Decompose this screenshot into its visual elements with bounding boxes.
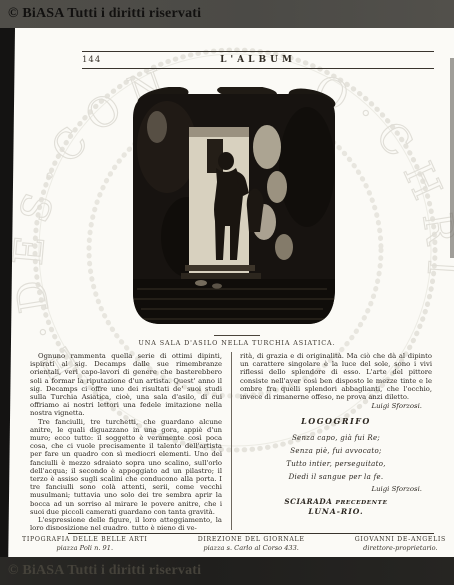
scan-copyright-banner-bottom: © BiASA Tutti i diritti riservati	[0, 557, 454, 585]
logogrifo-line: Senza capo, già fui Re;	[240, 432, 432, 445]
logogrifo-signature: Luigi Sforzosi.	[240, 485, 432, 493]
copyright-text-top: © BiASA Tutti i diritti riservati	[8, 6, 201, 22]
imprint-director: GIOVANNI DE-ANGELIS direttore-proprietar…	[355, 536, 446, 552]
logogrifo-title: LOGOGRIFO	[240, 417, 432, 425]
imprint-line: piazza Poli n. 91.	[22, 544, 147, 552]
engraving-illustration	[127, 87, 341, 331]
imprint-typography: TIPOGRAFIA DELLE BELLE ARTI piazza Poli …	[22, 536, 147, 552]
engraving-image	[127, 87, 341, 331]
copyright-text-bottom: © BiASA Tutti i diritti riservati	[8, 563, 201, 579]
journal-title: L'ALBUM	[82, 55, 434, 65]
paragraph: Tre fanciulli, tre turchetti, che guarda…	[30, 418, 222, 516]
sciarada-answer: LUNA-RIO.	[240, 508, 432, 516]
sciarada-qualifier: PRECEDENTE	[336, 500, 388, 506]
page-header: 144 L'ALBUM	[82, 51, 434, 69]
article-columns: Ognuno rammenta quella serie di ottimi d…	[30, 352, 432, 530]
author-signature: Luigi Sforzosi.	[240, 402, 432, 410]
imprint-footer: TIPOGRAFIA DELLE BELLE ARTI piazza Poli …	[22, 536, 446, 552]
article-left-column: Ognuno rammenta quella serie di ottimi d…	[30, 352, 222, 530]
footer-rule	[68, 533, 434, 534]
column-divider-rule	[231, 352, 232, 530]
imprint-line: direttore-proprietario.	[355, 544, 446, 552]
paragraph: rità, di grazia e di originalità. Ma ciò…	[240, 352, 432, 401]
imprint-line: piazza s. Carlo al Corso 433.	[198, 544, 305, 552]
scan-copyright-banner-top: © BiASA Tutti i diritti riservati	[0, 0, 454, 28]
paragraph: L'espressione delle figure, il loro atte…	[30, 516, 222, 530]
imprint-line: GIOVANNI DE-ANGELIS	[355, 536, 446, 544]
imprint-direction: DIREZIONE DEL GIORNALE piazza s. Carlo a…	[198, 536, 305, 552]
logogrifo-line: Senza piè, fui avvocato;	[240, 445, 432, 458]
article-right-column: rità, di grazia e di originalità. Ma ciò…	[240, 352, 432, 530]
illustration-caption: UNA SALA D'ASILO NELLA TURCHIA ASIATICA.	[117, 339, 357, 347]
sciarada-block: SCIARADA PRECEDENTE LUNA-RIO.	[240, 498, 432, 516]
paragraph: Ognuno rammenta quella serie di ottimi d…	[30, 352, 222, 418]
logogrifo-line: Tutto intier, perseguitato,	[240, 458, 432, 471]
sciarada-title: SCIARADA	[284, 497, 332, 506]
scanned-page: E·DES·CON O·CHRI 144 L'ALBUM	[0, 28, 454, 557]
imprint-line: TIPOGRAFIA DELLE BELLE ARTI	[22, 536, 147, 544]
imprint-line: DIREZIONE DEL GIORNALE	[198, 536, 305, 544]
caption-rule	[214, 335, 260, 336]
logogrifo-line: Diedi il sangue per la fe.	[240, 471, 432, 484]
